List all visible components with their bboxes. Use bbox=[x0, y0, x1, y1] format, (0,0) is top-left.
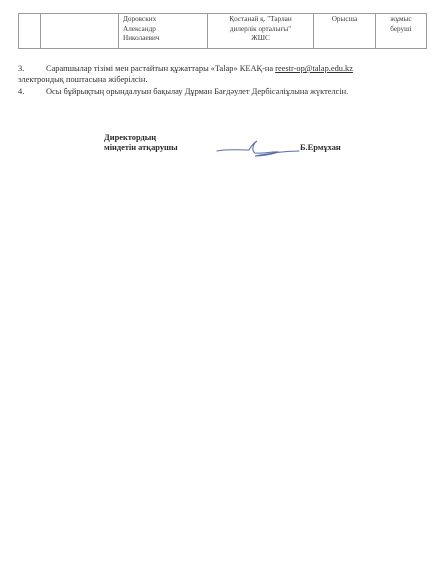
paragraph-text: Осы бұйрықтың орындалуын бақылау Дұрман … bbox=[46, 87, 348, 96]
signer-name: Б.Ермұхан bbox=[300, 143, 341, 152]
paragraph-3: 3.Сарапшылар тізімі мен растайтын құжатт… bbox=[18, 64, 353, 75]
role-line: жұмыс bbox=[376, 15, 426, 25]
table-cell-organization: Қостанай қ. "Тарлан дилерлік орталығы" Ж… bbox=[207, 14, 313, 48]
table-cell-name: Доровских Александр Николаевич bbox=[118, 14, 207, 48]
table-cell-number bbox=[18, 14, 40, 48]
handwritten-signature-icon bbox=[215, 138, 301, 160]
organization-line: ЖШС bbox=[208, 34, 313, 44]
table-cell-language: Орысша bbox=[313, 14, 375, 48]
organization-line: Қостанай қ. "Тарлан bbox=[208, 15, 313, 25]
name-line: Николаевич bbox=[123, 34, 207, 44]
table-cell-empty bbox=[40, 14, 118, 48]
organization-line: дилерлік орталығы" bbox=[208, 25, 313, 35]
paragraph-number: 3. bbox=[18, 64, 46, 75]
email-link[interactable]: reestr-op@talap.edu.kz bbox=[275, 64, 353, 73]
signatory-title-line: міндетін атқарушы bbox=[104, 143, 178, 153]
experts-table: Доровских Александр Николаевич Қостанай … bbox=[18, 13, 427, 49]
paragraph-text: Сарапшылар тізімі мен растайтын құжаттар… bbox=[46, 64, 275, 73]
role-line: беруші bbox=[376, 25, 426, 35]
paragraph-4: 4.Осы бұйрықтың орындалуын бақылау Дұрма… bbox=[18, 87, 348, 98]
signatory-title: Директордың міндетін атқарушы bbox=[104, 133, 178, 153]
paragraph-3-continuation: электрондық поштасына жіберілсін. bbox=[18, 75, 148, 86]
signatory-title-line: Директордың bbox=[104, 133, 178, 143]
name-line: Александр bbox=[123, 25, 207, 35]
table-cell-role: жұмыс беруші bbox=[375, 14, 427, 48]
paragraph-number: 4. bbox=[18, 87, 46, 98]
name-line: Доровских bbox=[123, 15, 207, 25]
